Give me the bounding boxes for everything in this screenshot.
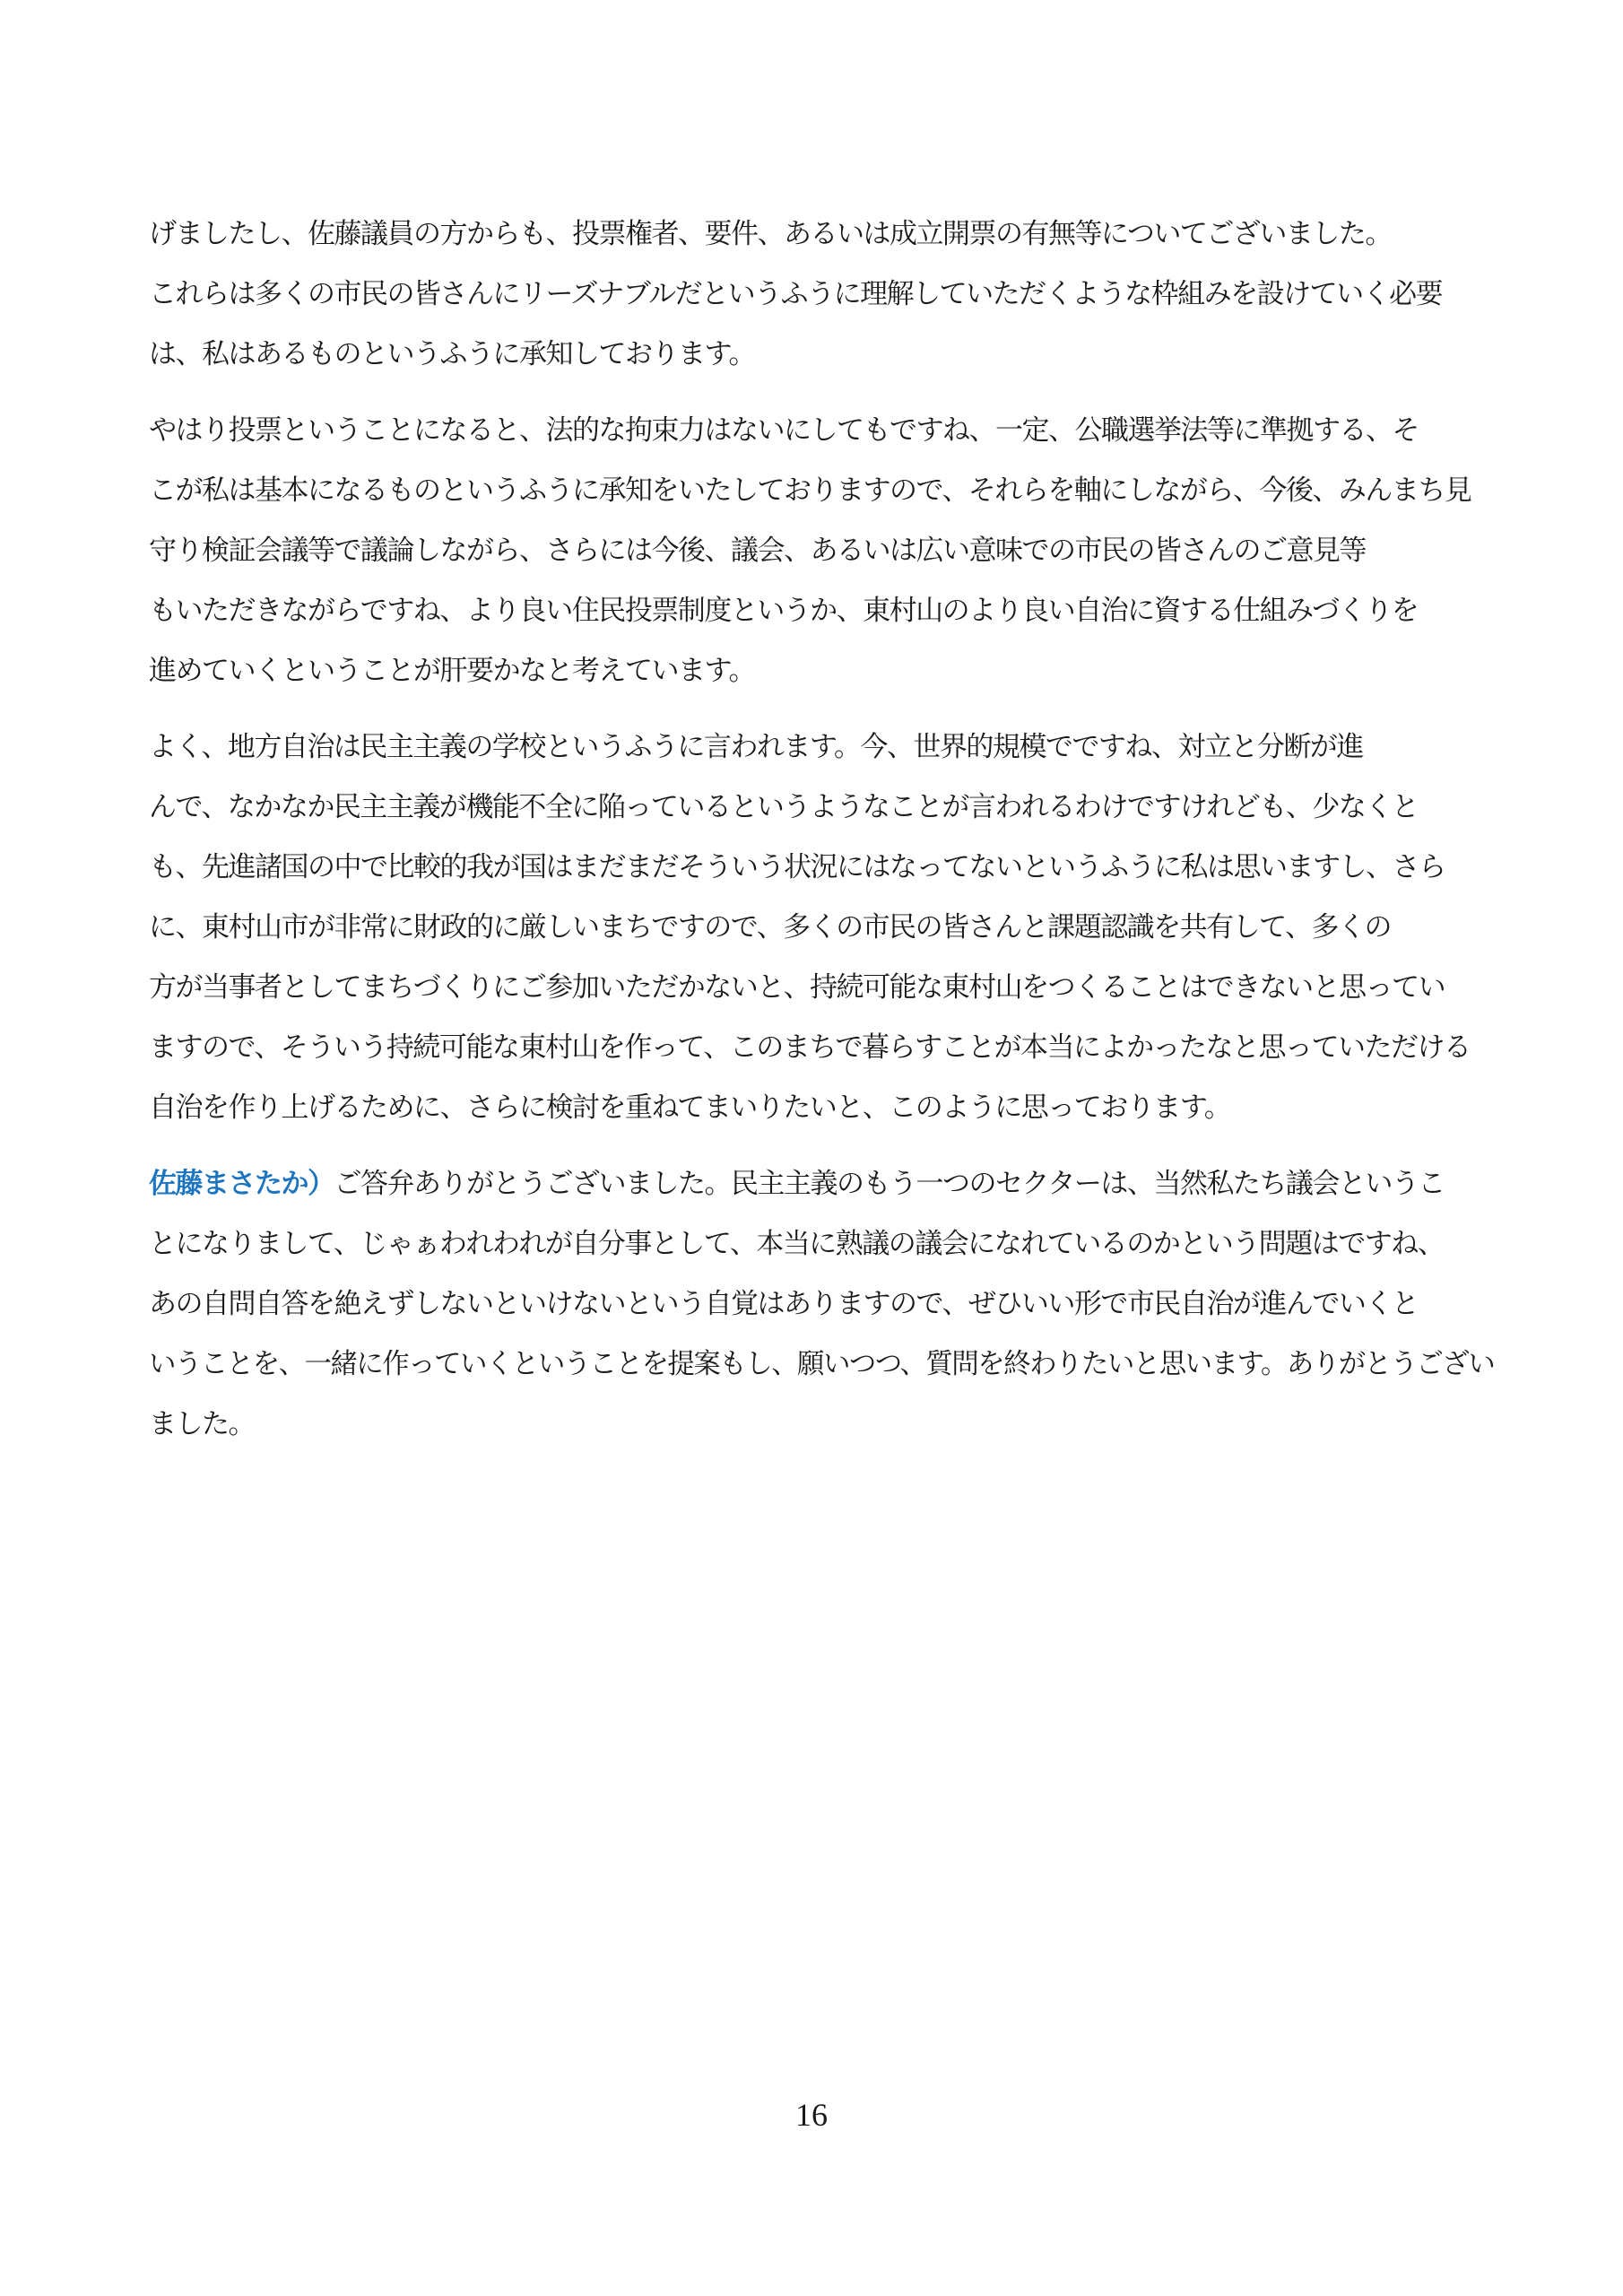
text-line: んで、なかなか民主主義が機能不全に陥っているというようなことが言われるわけですけ… [149,778,1494,838]
text-line: とになりまして、じゃぁわれわれが自分事として、本当に熟議の議会になれているのかと… [149,1214,1494,1274]
text-line: これらは多くの市民の皆さんにリーズナブルだというふうに理解していただくような枠組… [149,265,1494,325]
paragraph-1: げましたし、佐藤議員の方からも、投票権者、要件、あるいは成立開票の有無等について… [149,204,1494,385]
text-line: ました。 [149,1395,1494,1455]
text-line: に、東村山市が非常に財政的に厳しいまちですので、多くの市民の皆さんと課題認識を共… [149,898,1494,958]
text-line: は、私はあるものというふうに承知しております。 [149,325,1494,385]
speaker-text: ご答弁ありがとうございました。民主主義のもう一つのセクターは、当然私たち議会とい… [334,1168,1445,1200]
body-text: げましたし、佐藤議員の方からも、投票権者、要件、あるいは成立開票の有無等について… [149,204,1494,1471]
text-line: 進めていくということが肝要かなと考えています。 [149,641,1494,701]
text-line: げましたし、佐藤議員の方からも、投票権者、要件、あるいは成立開票の有無等について… [149,204,1494,265]
paragraph-2: やはり投票ということになると、法的な拘束力はないにしてもですね、一定、公職選挙法… [149,401,1494,701]
text-line: ますので、そういう持続可能な東村山を作って、このまちで暮らすことが本当によかった… [149,1018,1494,1078]
text-line: もいただきながらですね、より良い住民投票制度というか、東村山のより良い自治に資す… [149,581,1494,641]
document-page: げましたし、佐藤議員の方からも、投票権者、要件、あるいは成立開票の有無等について… [0,0,1623,2296]
text-line: 佐藤まさたか）ご答弁ありがとうございました。民主主義のもう一つのセクターは、当然… [149,1154,1494,1214]
text-line: も、先進諸国の中で比較的我が国はまだまだそういう状況にはなってないというふうに私… [149,838,1494,898]
text-line: 方が当事者としてまちづくりにご参加いただかないと、持続可能な東村山をつくることは… [149,958,1494,1018]
text-line: 守り検証会議等で議論しながら、さらには今後、議会、あるいは広い意味での市民の皆さ… [149,521,1494,581]
text-line: やはり投票ということになると、法的な拘束力はないにしてもですね、一定、公職選挙法… [149,401,1494,461]
text-line: 自治を作り上げるために、さらに検討を重ねてまいりたいと、このように思っております… [149,1078,1494,1138]
paragraph-3: よく、地方自治は民主主義の学校というふうに言われます。今、世界的規模でですね、対… [149,717,1494,1138]
page-number: 16 [0,2096,1623,2134]
text-line: あの自問自答を絶えずしないといけないという自覚はありますので、ぜひいい形で市民自… [149,1274,1494,1335]
text-line: こが私は基本になるものというふうに承知をいたしておりますので、それらを軸にしなが… [149,461,1494,521]
speaker-paragraph: 佐藤まさたか）ご答弁ありがとうございました。民主主義のもう一つのセクターは、当然… [149,1154,1494,1455]
text-line: よく、地方自治は民主主義の学校というふうに言われます。今、世界的規模でですね、対… [149,717,1494,778]
speaker-name: 佐藤まさたか） [149,1168,334,1200]
text-line: いうことを、一緒に作っていくということを提案もし、願いつつ、質問を終わりたいと思… [149,1335,1468,1395]
